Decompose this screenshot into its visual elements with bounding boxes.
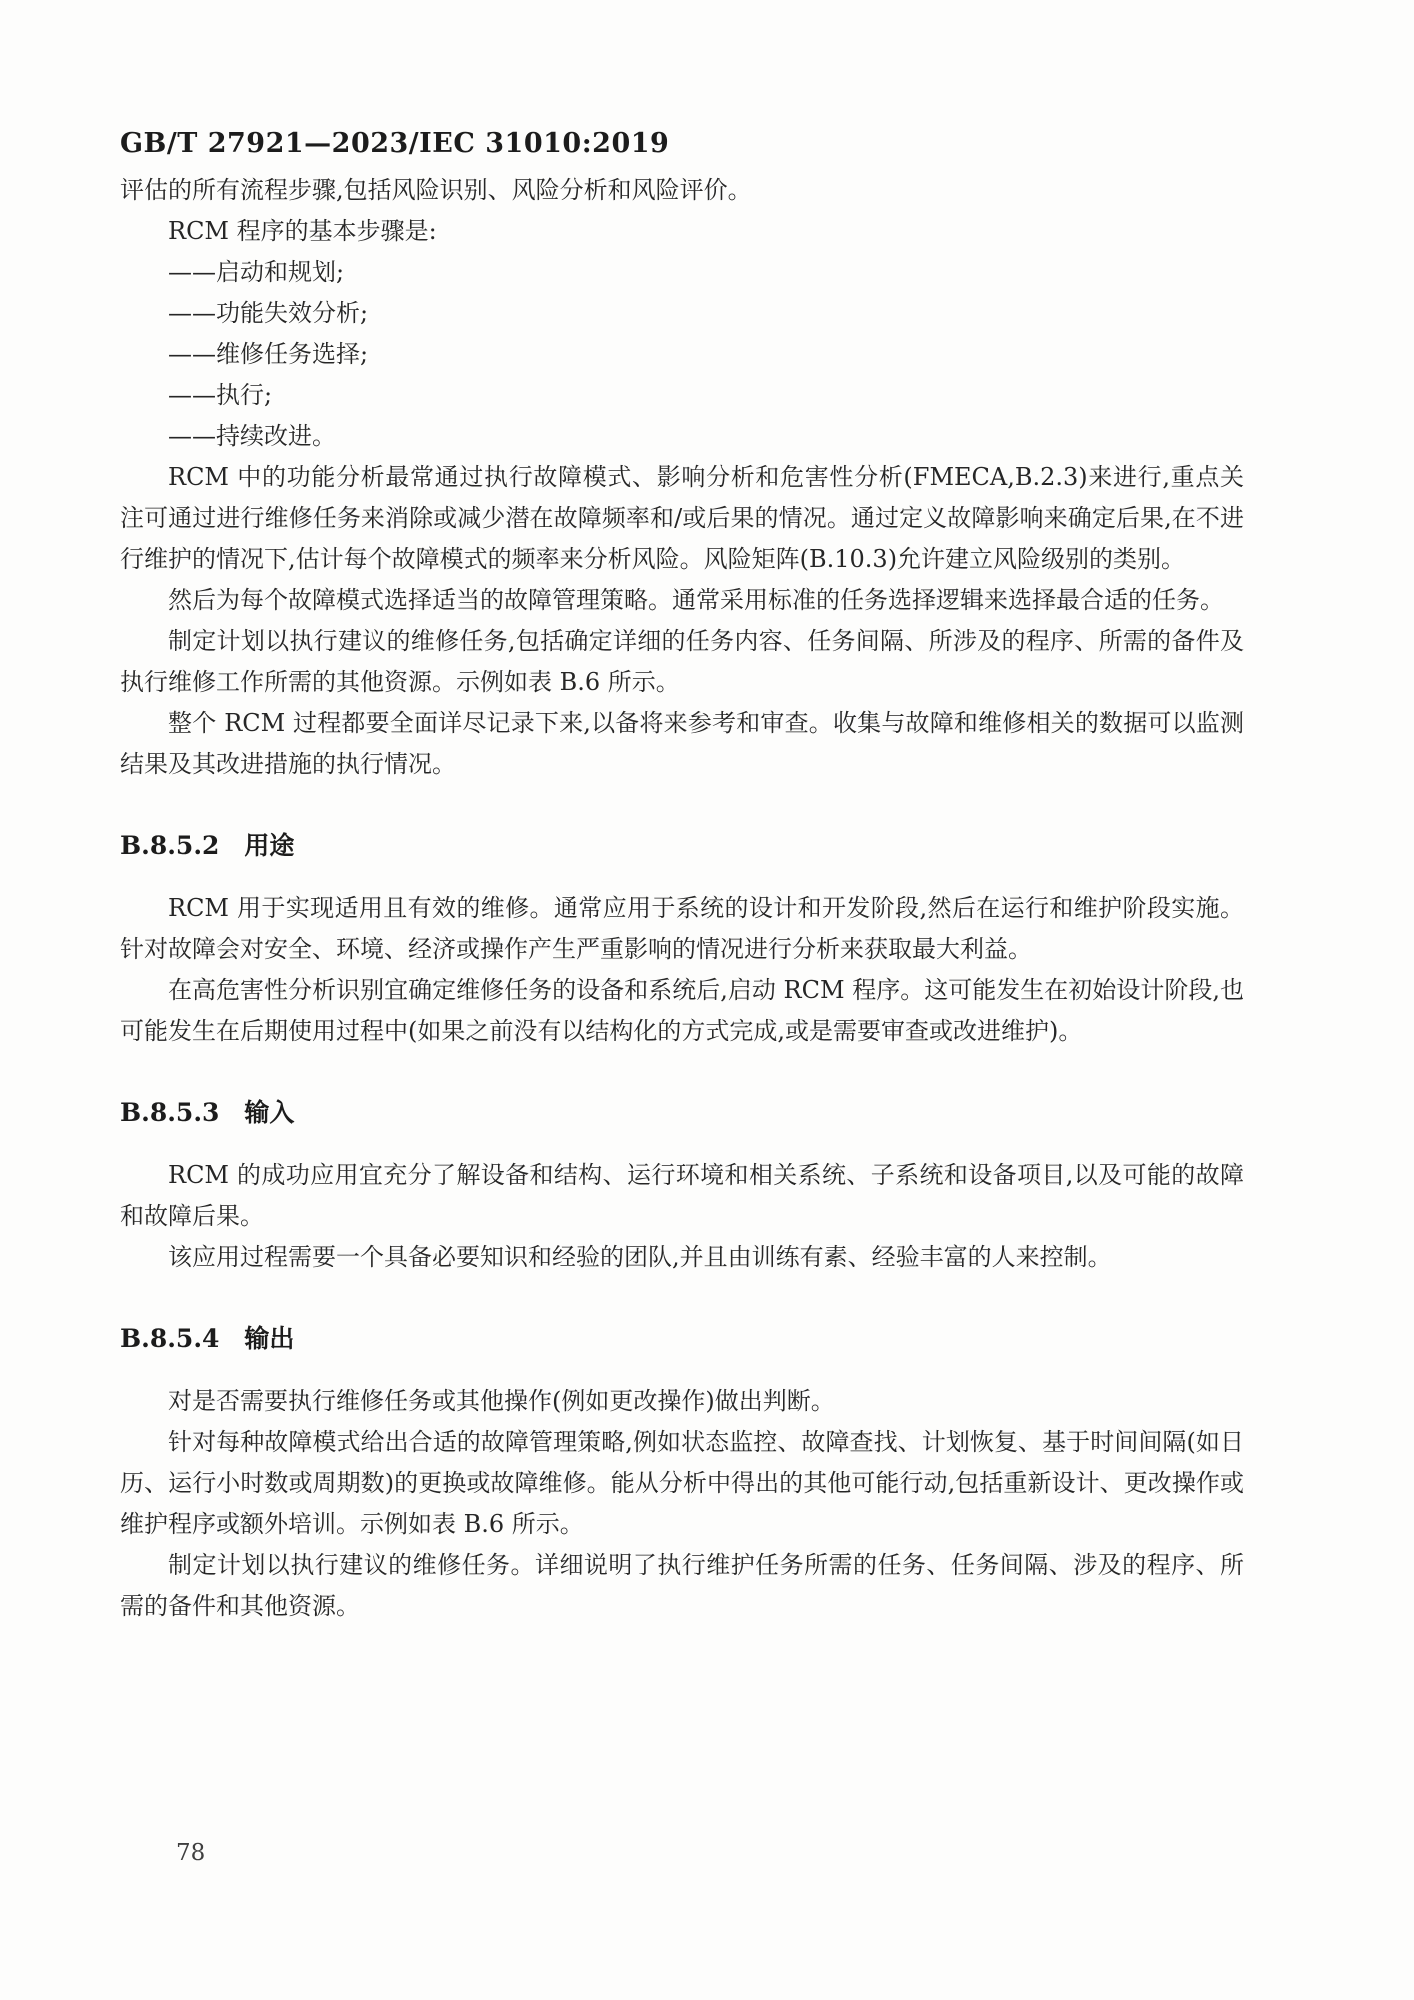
body-paragraph: 对是否需要执行维修任务或其他操作(例如更改操作)做出判断。 xyxy=(120,1381,1244,1422)
body-paragraph: 该应用过程需要一个具备必要知识和经验的团队,并且由训练有素、经验丰富的人来控制。 xyxy=(120,1237,1244,1278)
body-paragraph: 制定计划以执行建议的维修任务,包括确定详细的任务内容、任务间隔、所涉及的程序、所… xyxy=(120,621,1244,703)
document-body: 评估的所有流程步骤,包括风险识别、风险分析和风险评价。 RCM 程序的基本步骤是… xyxy=(120,170,1244,1627)
continuation-paragraph: 评估的所有流程步骤,包括风险识别、风险分析和风险评价。 xyxy=(120,170,1244,211)
list-item: ——功能失效分析; xyxy=(120,293,1244,334)
section-heading-b852: B.8.5.2 用途 xyxy=(120,825,1244,866)
page-number: 78 xyxy=(176,1840,205,1866)
body-paragraph: RCM 用于实现适用且有效的维修。通常应用于系统的设计和开发阶段,然后在运行和维… xyxy=(120,888,1244,970)
section-heading-b853: B.8.5.3 输入 xyxy=(120,1092,1244,1133)
body-paragraph: 整个 RCM 过程都要全面详尽记录下来,以备将来参考和审查。收集与故障和维修相关… xyxy=(120,703,1244,785)
section-heading-b854: B.8.5.4 输出 xyxy=(120,1318,1244,1359)
body-paragraph: 针对每种故障模式给出合适的故障管理策略,例如状态监控、故障查找、计划恢复、基于时… xyxy=(120,1422,1244,1545)
body-paragraph: RCM 的成功应用宜充分了解设备和结构、运行环境和相关系统、子系统和设备项目,以… xyxy=(120,1155,1244,1237)
standard-number-header: GB/T 27921—2023/IEC 31010:2019 xyxy=(120,128,669,159)
body-paragraph: 制定计划以执行建议的维修任务。详细说明了执行维护任务所需的任务、任务间隔、涉及的… xyxy=(120,1545,1244,1627)
list-item: ——执行; xyxy=(120,375,1244,416)
body-paragraph: 然后为每个故障模式选择适当的故障管理策略。通常采用标准的任务选择逻辑来选择最合适… xyxy=(120,580,1244,621)
list-item: ——维修任务选择; xyxy=(120,334,1244,375)
body-paragraph: 在高危害性分析识别宜确定维修任务的设备和系统后,启动 RCM 程序。这可能发生在… xyxy=(120,970,1244,1052)
steps-intro-paragraph: RCM 程序的基本步骤是: xyxy=(120,211,1244,252)
body-paragraph: RCM 中的功能分析最常通过执行故障模式、影响分析和危害性分析(FMECA,B.… xyxy=(120,457,1244,580)
document-page: GB/T 27921—2023/IEC 31010:2019 评估的所有流程步骤… xyxy=(0,0,1414,2000)
list-item: ——启动和规划; xyxy=(120,252,1244,293)
list-item: ——持续改进。 xyxy=(120,416,1244,457)
